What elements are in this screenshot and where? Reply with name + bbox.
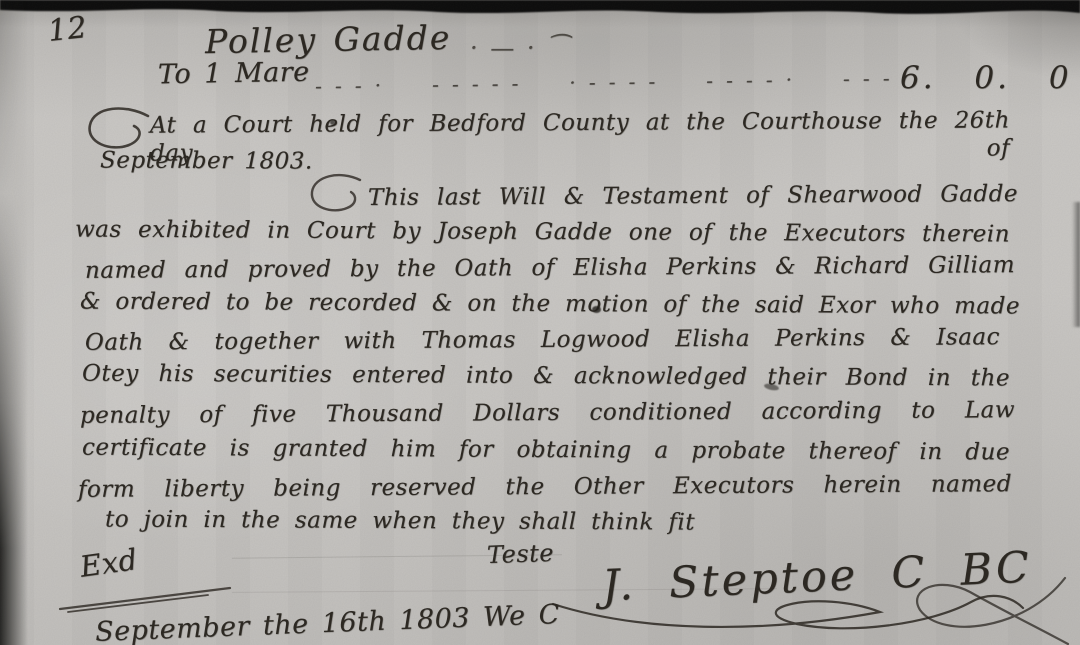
- record-line: This last Will & Testament of Shearwood …: [368, 181, 1018, 213]
- clerk-signature: J. Steptoe C BC: [601, 543, 1033, 613]
- charge-item: To 1 Mare: [158, 57, 310, 92]
- entry-title-pen-dashes: · — · ⁀: [470, 34, 567, 63]
- record-line: to join in the same when they shall thin…: [105, 506, 695, 537]
- record-line: Otey his securities entered into & ackno…: [82, 361, 1010, 393]
- examined-underline-icon: [56, 582, 240, 614]
- record-line: penalty of five Thousand Dollars conditi…: [80, 397, 1015, 430]
- record-line: form liberty being reserved the Other Ex…: [78, 471, 1012, 504]
- record-line: was exhibited in Court by Joseph Gadde o…: [75, 217, 1010, 249]
- record-line: & ordered to be recorded & on the motion…: [80, 289, 1020, 322]
- capital-flourish-icon: [308, 170, 366, 216]
- examined-mark: Exd: [78, 542, 140, 584]
- next-entry-partial: September the 16th 1803 We C: [95, 599, 561, 645]
- charge-amount: 6. 0. 0: [900, 60, 1072, 97]
- record-line: certificate is granted him for obtaining…: [82, 435, 1010, 467]
- scan-right-edge-smudge: [1072, 202, 1080, 327]
- record-line: named and proved by the Oath of Elisha P…: [85, 252, 1015, 285]
- scan-left-gutter-shadow: [0, 0, 28, 645]
- manuscript-page: 12 Polley Gadde · — · ⁀ To 1 Mare - - - …: [0, 0, 1080, 645]
- ink-blot: [592, 306, 601, 313]
- ink-blot: [330, 120, 335, 125]
- scan-top-edge: [0, 0, 1080, 26]
- dash-leader: - - - · - - - - - · - - - - - - - - · - …: [315, 66, 890, 98]
- record-line: September 1803.: [100, 147, 313, 176]
- record-line: Oath & together with Thomas Logwood Elis…: [85, 324, 1000, 357]
